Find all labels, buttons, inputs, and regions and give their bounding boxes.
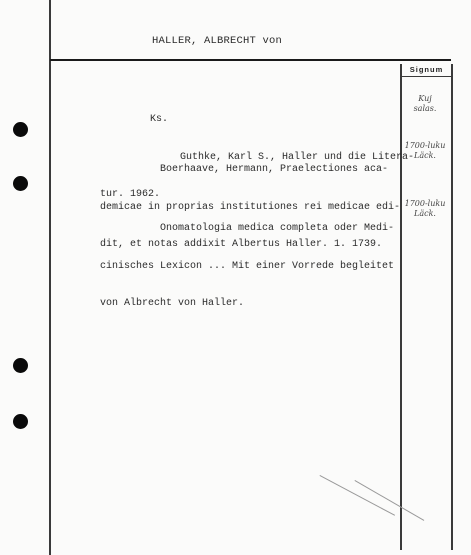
punch-hole	[13, 176, 28, 191]
card-margin-line	[49, 0, 51, 555]
entry-line: cinisches Lexicon ... Mit einer Vorrede …	[100, 261, 394, 274]
signum-line: 1700-luku	[402, 141, 448, 151]
catalog-entry: Onomatologia medica completa oder Medi- …	[100, 198, 394, 323]
signum-handwritten: 1700-luku Läck.	[402, 141, 448, 161]
signum-line: 1700-luku	[402, 199, 448, 209]
punch-hole	[13, 358, 28, 373]
signum-handwritten: Kuj salas.	[402, 94, 448, 114]
entry-line: von Albrecht von Haller.	[100, 298, 394, 311]
entry-line: Onomatologia medica completa oder Medi-	[100, 223, 394, 236]
signum-line: Läck.	[402, 209, 448, 219]
punch-hole	[13, 414, 28, 429]
heading-rule	[50, 59, 451, 61]
signum-handwritten: 1700-luku Läck.	[402, 199, 448, 219]
signum-line: Kuj	[402, 94, 448, 104]
entry-line: Ks.	[100, 114, 414, 127]
signum-header: Signum	[402, 64, 451, 77]
punch-hole	[13, 122, 28, 137]
signum-line: Läck.	[402, 151, 448, 161]
entry-line: Boerhaave, Hermann, Praelectiones aca-	[100, 164, 400, 177]
signum-line: salas.	[402, 104, 448, 114]
card-heading: HALLER, ALBRECHT von	[152, 35, 282, 47]
